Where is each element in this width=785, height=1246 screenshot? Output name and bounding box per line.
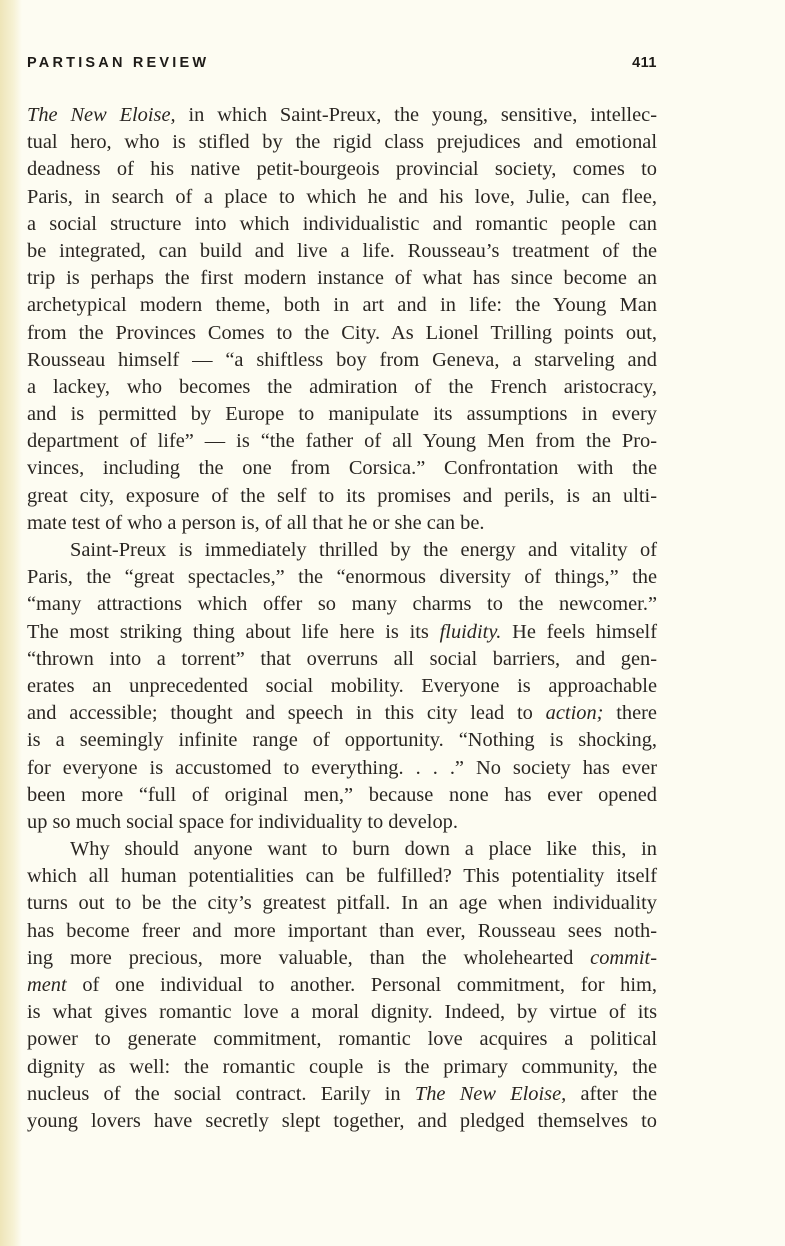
text-line: for everyone is accustomed to everything… (27, 755, 657, 782)
body-text: The New Eloise, in which Saint-Preux, th… (27, 102, 657, 1135)
text-run: and accessible; thought and speech in th… (27, 702, 546, 724)
text-line: and is permitted by Europe to manipulate… (27, 401, 657, 428)
text-run: Saint-Preux is immediately thrilled by t… (70, 539, 657, 561)
text-line: be integrated, can build and live a life… (27, 238, 657, 265)
text-line: dignity as well: the romantic couple is … (27, 1054, 657, 1081)
running-head: PARTISAN REVIEW 411 (27, 55, 657, 75)
italic-text: action; (546, 702, 604, 724)
text-run: turns out to be the city’s greatest pitf… (27, 892, 657, 914)
italic-text: The New Eloise, (27, 104, 176, 126)
text-line: is a seemingly infinite range of opportu… (27, 727, 657, 754)
text-line: Paris, the “great spectacles,” the “enor… (27, 564, 657, 591)
text-run: Paris, in search of a place to which he … (27, 186, 657, 208)
text-run: of one individual to another. Personal c… (67, 974, 657, 996)
page-gutter-shadow (0, 0, 22, 1246)
text-run: department of life” — is “the father of … (27, 430, 657, 452)
text-run: there (603, 702, 657, 724)
text-run: been more “full of original men,” becaus… (27, 784, 657, 806)
text-line: The New Eloise, in which Saint-Preux, th… (27, 102, 657, 129)
text-line: ing more precious, more valuable, than t… (27, 945, 657, 972)
paragraph: The New Eloise, in which Saint-Preux, th… (27, 102, 657, 537)
text-run: “thrown into a torrent” that overruns al… (27, 648, 657, 670)
text-run: power to generate commitment, romantic l… (27, 1028, 657, 1050)
text-run: tual hero, who is stifled by the rigid c… (27, 131, 657, 153)
text-run: in which Saint-Preux, the young, sensiti… (176, 104, 657, 126)
text-line: mate test of who a person is, of all tha… (27, 510, 657, 537)
text-line: been more “full of original men,” becaus… (27, 782, 657, 809)
text-line: archetypical modern theme, both in art a… (27, 292, 657, 319)
text-run: The most striking thing about life here … (27, 621, 440, 643)
text-run: Rousseau himself — “a shiftless boy from… (27, 349, 657, 371)
text-line: from the Provinces Comes to the City. As… (27, 320, 657, 347)
italic-text: ment (27, 974, 67, 996)
italic-text: commit- (590, 947, 657, 969)
text-line: power to generate commitment, romantic l… (27, 1026, 657, 1053)
text-run: trip is perhaps the first modern instanc… (27, 267, 657, 289)
text-line: Rousseau himself — “a shiftless boy from… (27, 347, 657, 374)
text-line: The most striking thing about life here … (27, 619, 657, 646)
text-line: nucleus of the social contract. Earily i… (27, 1081, 657, 1108)
text-line: a lackey, who becomes the admiration of … (27, 374, 657, 401)
text-line: has become freer and more important than… (27, 918, 657, 945)
text-line: young lovers have secretly slept togethe… (27, 1108, 657, 1135)
page-number: 411 (632, 55, 657, 71)
text-run: Paris, the “great spectacles,” the “enor… (27, 566, 657, 588)
text-line: turns out to be the city’s greatest pitf… (27, 890, 657, 917)
text-line: deadness of his native petit-bourgeois p… (27, 156, 657, 183)
text-run: deadness of his native petit-bourgeois p… (27, 158, 657, 180)
text-run: is what gives romantic love a moral dign… (27, 1001, 657, 1023)
text-run: is a seemingly infinite range of opportu… (27, 729, 657, 751)
text-run: archetypical modern theme, both in art a… (27, 294, 657, 316)
text-run: a lackey, who becomes the admiration of … (27, 376, 657, 398)
italic-text: fluidity. (440, 621, 502, 643)
text-run: erates an unprecedented social mobility.… (27, 675, 657, 697)
text-line: tual hero, who is stifled by the rigid c… (27, 129, 657, 156)
text-run: Why should anyone want to burn down a pl… (70, 838, 657, 860)
text-run: vinces, including the one from Corsica.”… (27, 457, 657, 479)
paragraph: Why should anyone want to burn down a pl… (27, 836, 657, 1135)
text-line: up so much social space for individualit… (27, 809, 657, 836)
text-line: is what gives romantic love a moral dign… (27, 999, 657, 1026)
text-run: and is permitted by Europe to manipulate… (27, 403, 657, 425)
paragraph: Saint-Preux is immediately thrilled by t… (27, 537, 657, 836)
text-run: He feels himself (501, 621, 657, 643)
text-line: a social structure into which individual… (27, 211, 657, 238)
text-run: after the (566, 1083, 657, 1105)
text-run: up so much social space for individualit… (27, 811, 458, 833)
text-line: Why should anyone want to burn down a pl… (27, 836, 657, 863)
text-line: “many attractions which offer so many ch… (27, 591, 657, 618)
text-line: ment of one individual to another. Perso… (27, 972, 657, 999)
text-run: ing more precious, more valuable, than t… (27, 947, 590, 969)
text-run: be integrated, can build and live a life… (27, 240, 657, 262)
text-line: erates an unprecedented social mobility.… (27, 673, 657, 700)
text-run: dignity as well: the romantic couple is … (27, 1056, 657, 1078)
text-line: Paris, in search of a place to which he … (27, 184, 657, 211)
text-line: department of life” — is “the father of … (27, 428, 657, 455)
text-line: which all human potentialities can be fu… (27, 863, 657, 890)
text-run: great city, exposure of the self to its … (27, 485, 657, 507)
text-line: and accessible; thought and speech in th… (27, 700, 657, 727)
text-run: has become freer and more important than… (27, 920, 657, 942)
text-run: “many attractions which offer so many ch… (27, 593, 657, 615)
text-line: trip is perhaps the first modern instanc… (27, 265, 657, 292)
italic-text: The New Eloise, (415, 1083, 566, 1105)
text-line: vinces, including the one from Corsica.”… (27, 455, 657, 482)
text-line: great city, exposure of the self to its … (27, 483, 657, 510)
text-run: mate test of who a person is, of all tha… (27, 512, 485, 534)
text-line: Saint-Preux is immediately thrilled by t… (27, 537, 657, 564)
text-run: from the Provinces Comes to the City. As… (27, 322, 657, 344)
text-run: for everyone is accustomed to everything… (27, 757, 657, 779)
text-run: nucleus of the social contract. Earily i… (27, 1083, 415, 1105)
text-line: “thrown into a torrent” that overruns al… (27, 646, 657, 673)
text-run: young lovers have secretly slept togethe… (27, 1110, 657, 1132)
text-run: a social structure into which individual… (27, 213, 657, 235)
journal-title: PARTISAN REVIEW (27, 55, 209, 71)
text-run: which all human potentialities can be fu… (27, 865, 657, 887)
